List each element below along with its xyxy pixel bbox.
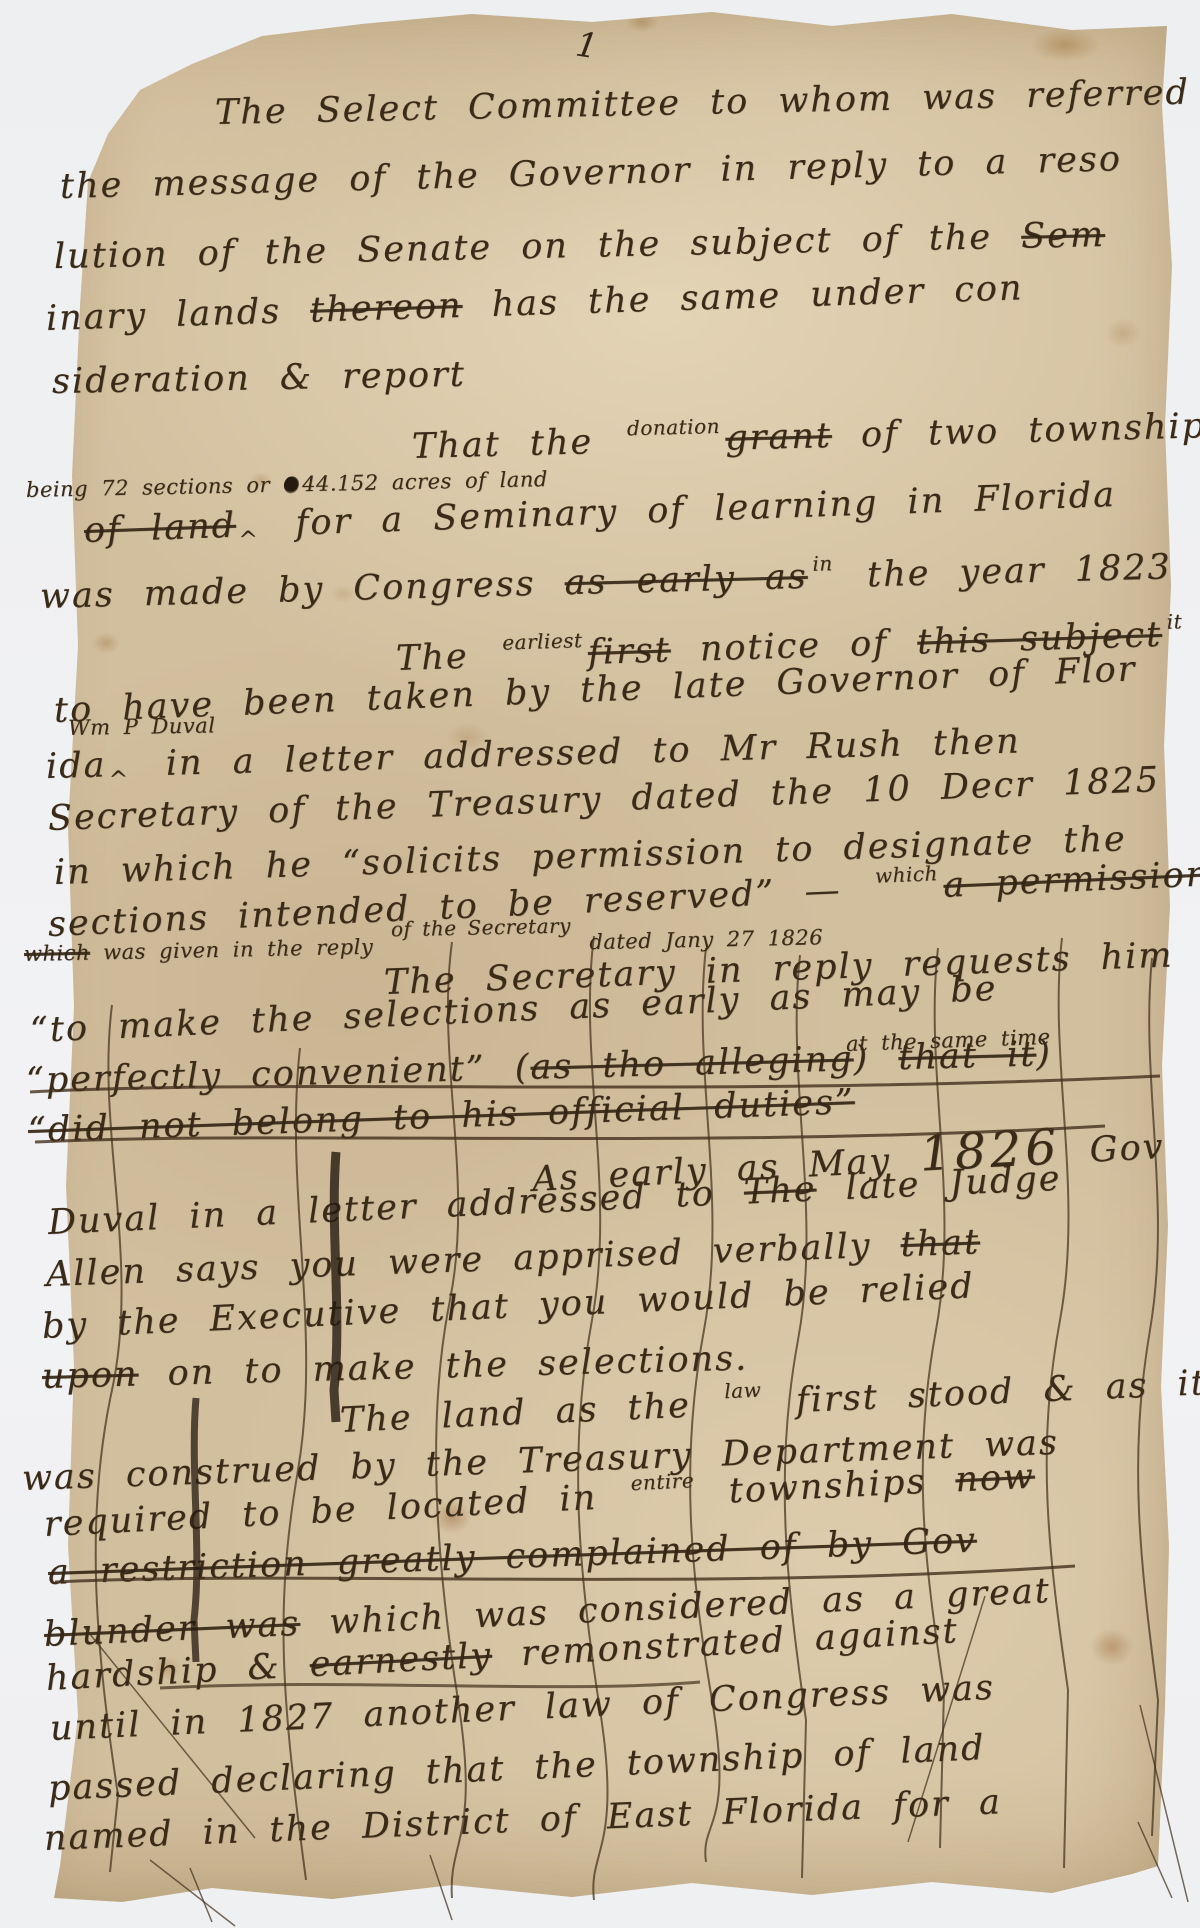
stain <box>152 1656 182 1680</box>
stain <box>1105 318 1141 348</box>
stain <box>625 12 659 32</box>
stain <box>1090 1628 1134 1666</box>
manuscript-segment: seems <box>1187 609 1200 654</box>
stain <box>92 632 120 654</box>
stain <box>432 1500 472 1534</box>
stain <box>330 585 356 603</box>
stain <box>250 472 272 488</box>
stain <box>1030 28 1100 62</box>
stain <box>445 722 489 752</box>
scanned-document-page: { "meta": { "background_color": "#eff0f2… <box>0 0 1200 1928</box>
paper-sheet <box>32 6 1174 1905</box>
